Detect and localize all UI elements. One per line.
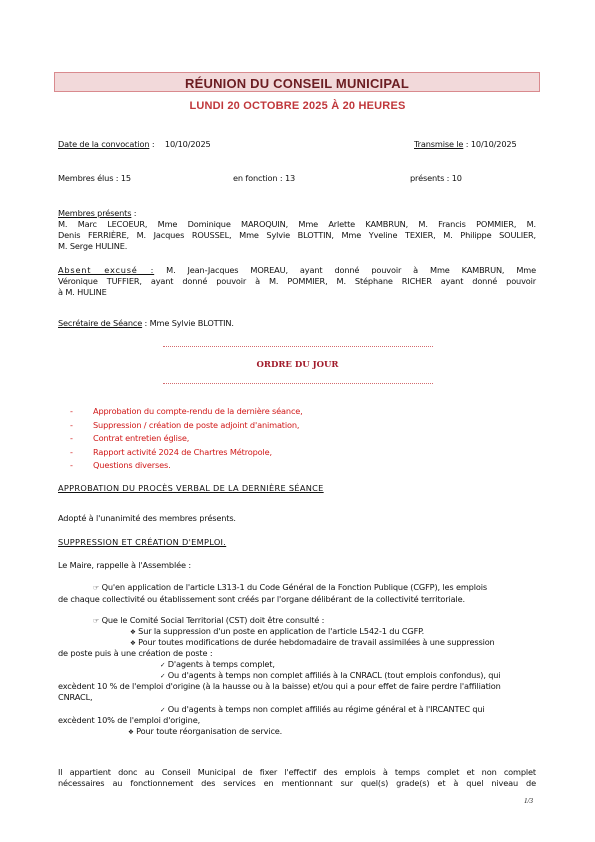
section-heading-suppression: SUPPRESSION ET CRÉATION D'EMPLOI. [58, 537, 226, 547]
agenda-item: -Contrat entretien église, [70, 432, 303, 446]
presents-line: M. Marc LECOEUR, Mme Dominique MAROQUIN,… [58, 219, 536, 230]
check-item-2-cont: excèdent 10 % de l'emploi d'origine (à l… [58, 681, 501, 691]
presents-label: Membres présents [58, 208, 131, 218]
divider-bottom [163, 383, 433, 384]
dash-bullet-icon: - [70, 405, 93, 419]
diamond-bullet-icon: ❖ [130, 639, 136, 647]
en-fonction: en fonction : 13 [233, 173, 295, 183]
agenda-item-label: Suppression / création de poste adjoint … [93, 419, 299, 433]
sub-item-text: Pour toutes modifications de durée hebdo… [138, 637, 494, 647]
point-2-text: Que le Comité Social Territorial (CST) d… [102, 615, 325, 625]
absent-block: Absent excusé : M. Jean-Jacques MOREAU, … [58, 265, 536, 298]
presents-heading: Membres présents : [58, 208, 136, 218]
title-banner: RÉUNION DU CONSEIL MUNICIPAL [54, 72, 540, 92]
page-title: RÉUNION DU CONSEIL MUNICIPAL [185, 76, 409, 91]
meeting-date: LUNDI 20 OCTOBRE 2025 À 20 HEURES [0, 100, 595, 112]
agenda-item: -Suppression / création de poste adjoint… [70, 419, 303, 433]
hand-bullet-icon: ☞ [93, 584, 99, 592]
closing-line: nécessaires au fonctionnement des servic… [58, 778, 536, 789]
agenda-item: -Approbation du compte-rendu de la derni… [70, 405, 303, 419]
check-item-text: Ou d'agents à temps non complet affiliés… [168, 670, 501, 680]
transmise-value: : 10/10/2025 [463, 139, 516, 149]
check-item-text: D'agents à temps complet, [168, 659, 275, 669]
sub-item-2-cont: de poste puis à une création de poste : [58, 648, 212, 658]
point-1-text: Qu'en application de l'article L313-1 du… [102, 582, 487, 592]
diamond-bullet-icon: ❖ [128, 728, 134, 736]
agenda-item-label: Rapport activité 2024 de Chartres Métrop… [93, 446, 272, 460]
check-item-1: ✓ D'agents à temps complet, [160, 659, 275, 669]
dash-bullet-icon: - [70, 446, 93, 460]
page-number: 1/3 [524, 797, 533, 805]
absent-text: M. Jean-Jacques MOREAU, ayant donné pouv… [154, 265, 536, 275]
absent-line: à M. HULINE [58, 287, 536, 298]
sub-item-text: Sur la suppression d'un poste en applica… [138, 626, 424, 636]
dash-bullet-icon: - [70, 419, 93, 433]
absent-line: Absent excusé : M. Jean-Jacques MOREAU, … [58, 265, 536, 276]
agenda-item-label: Approbation du compte-rendu de la derniè… [93, 405, 303, 419]
transmise-label: Transmise le [414, 139, 463, 149]
convocation-label: Date de la convocation [58, 139, 149, 149]
check-item-3: ✓ Ou d'agents à temps non complet affili… [160, 704, 485, 714]
sub-item-text: Pour toute réorganisation de service. [136, 726, 282, 736]
presents-count: présents : 10 [410, 173, 462, 183]
divider-top [163, 346, 433, 347]
sub-item-2: ❖ Pour toutes modifications de durée heb… [130, 637, 495, 647]
check-item-2: ✓ Ou d'agents à temps non complet affili… [160, 670, 500, 680]
sub-item-3: ❖ Pour toute réorganisation de service. [128, 726, 282, 736]
secretaire-line: Secrétaire de Séance : Mme Sylvie BLOTTI… [58, 318, 234, 328]
convocation-sep: : [149, 139, 154, 149]
hand-bullet-icon: ☞ [93, 617, 99, 625]
section-heading-approbation: APPROBATION DU PROCÈS VERBAL DE LA DERNI… [58, 483, 324, 493]
absent-line: Véronique TUFFIER, ayant donné pouvoir à… [58, 276, 536, 287]
presents-sep: : [131, 208, 136, 218]
diamond-bullet-icon: ❖ [130, 628, 136, 636]
agenda-item: -Questions diverses. [70, 459, 303, 473]
absent-label: Absent excusé : [58, 265, 154, 275]
convocation-line: Date de la convocation : 10/10/2025 [58, 139, 211, 149]
presents-list: M. Marc LECOEUR, Mme Dominique MAROQUIN,… [58, 219, 536, 252]
presents-line: M. Serge HULINE. [58, 241, 536, 252]
check-item-2-cont2: CNRACL, [58, 692, 93, 702]
ordre-du-jour-title: ORDRE DU JOUR [0, 360, 595, 370]
agenda-item-label: Contrat entretien église, [93, 432, 189, 446]
point-2: ☞ Que le Comité Social Territorial (CST)… [93, 615, 324, 625]
check-icon: ✓ [160, 661, 165, 669]
dash-bullet-icon: - [70, 432, 93, 446]
secretaire-label: Secrétaire de Séance [58, 318, 142, 328]
check-item-3-cont: excèdent 10% de l'emploi d'origine, [58, 715, 200, 725]
convocation-value: 10/10/2025 [165, 139, 211, 149]
agenda-item: -Rapport activité 2024 de Chartres Métro… [70, 446, 303, 460]
closing-paragraph: Il appartient donc au Conseil Municipal … [58, 767, 536, 789]
check-item-text: Ou d'agents à temps non complet affiliés… [168, 704, 485, 714]
secretaire-value: : Mme Sylvie BLOTTIN. [142, 318, 234, 328]
maire-intro: Le Maire, rappelle à l'Assemblée : [58, 560, 191, 570]
point-1-cont: de chaque collectivité ou établissement … [58, 594, 465, 604]
transmise-line: Transmise le : 10/10/2025 [414, 139, 517, 149]
check-icon: ✓ [160, 706, 165, 714]
dash-bullet-icon: - [70, 459, 93, 473]
check-icon: ✓ [160, 672, 165, 680]
membres-elus: Membres élus : 15 [58, 173, 131, 183]
sub-item-1: ❖ Sur la suppression d'un poste en appli… [130, 626, 424, 636]
presents-line: Denis FERRIÈRE, M. Jacques ROUSSEL, Mme … [58, 230, 536, 241]
point-1: ☞ Qu'en application de l'article L313-1 … [93, 582, 487, 592]
document-page: RÉUNION DU CONSEIL MUNICIPAL LUNDI 20 OC… [0, 0, 595, 842]
approbation-text: Adopté à l'unanimité des membres présent… [58, 513, 236, 523]
closing-line: Il appartient donc au Conseil Municipal … [58, 767, 536, 778]
agenda-list: -Approbation du compte-rendu de la derni… [70, 405, 303, 473]
agenda-item-label: Questions diverses. [93, 459, 171, 473]
